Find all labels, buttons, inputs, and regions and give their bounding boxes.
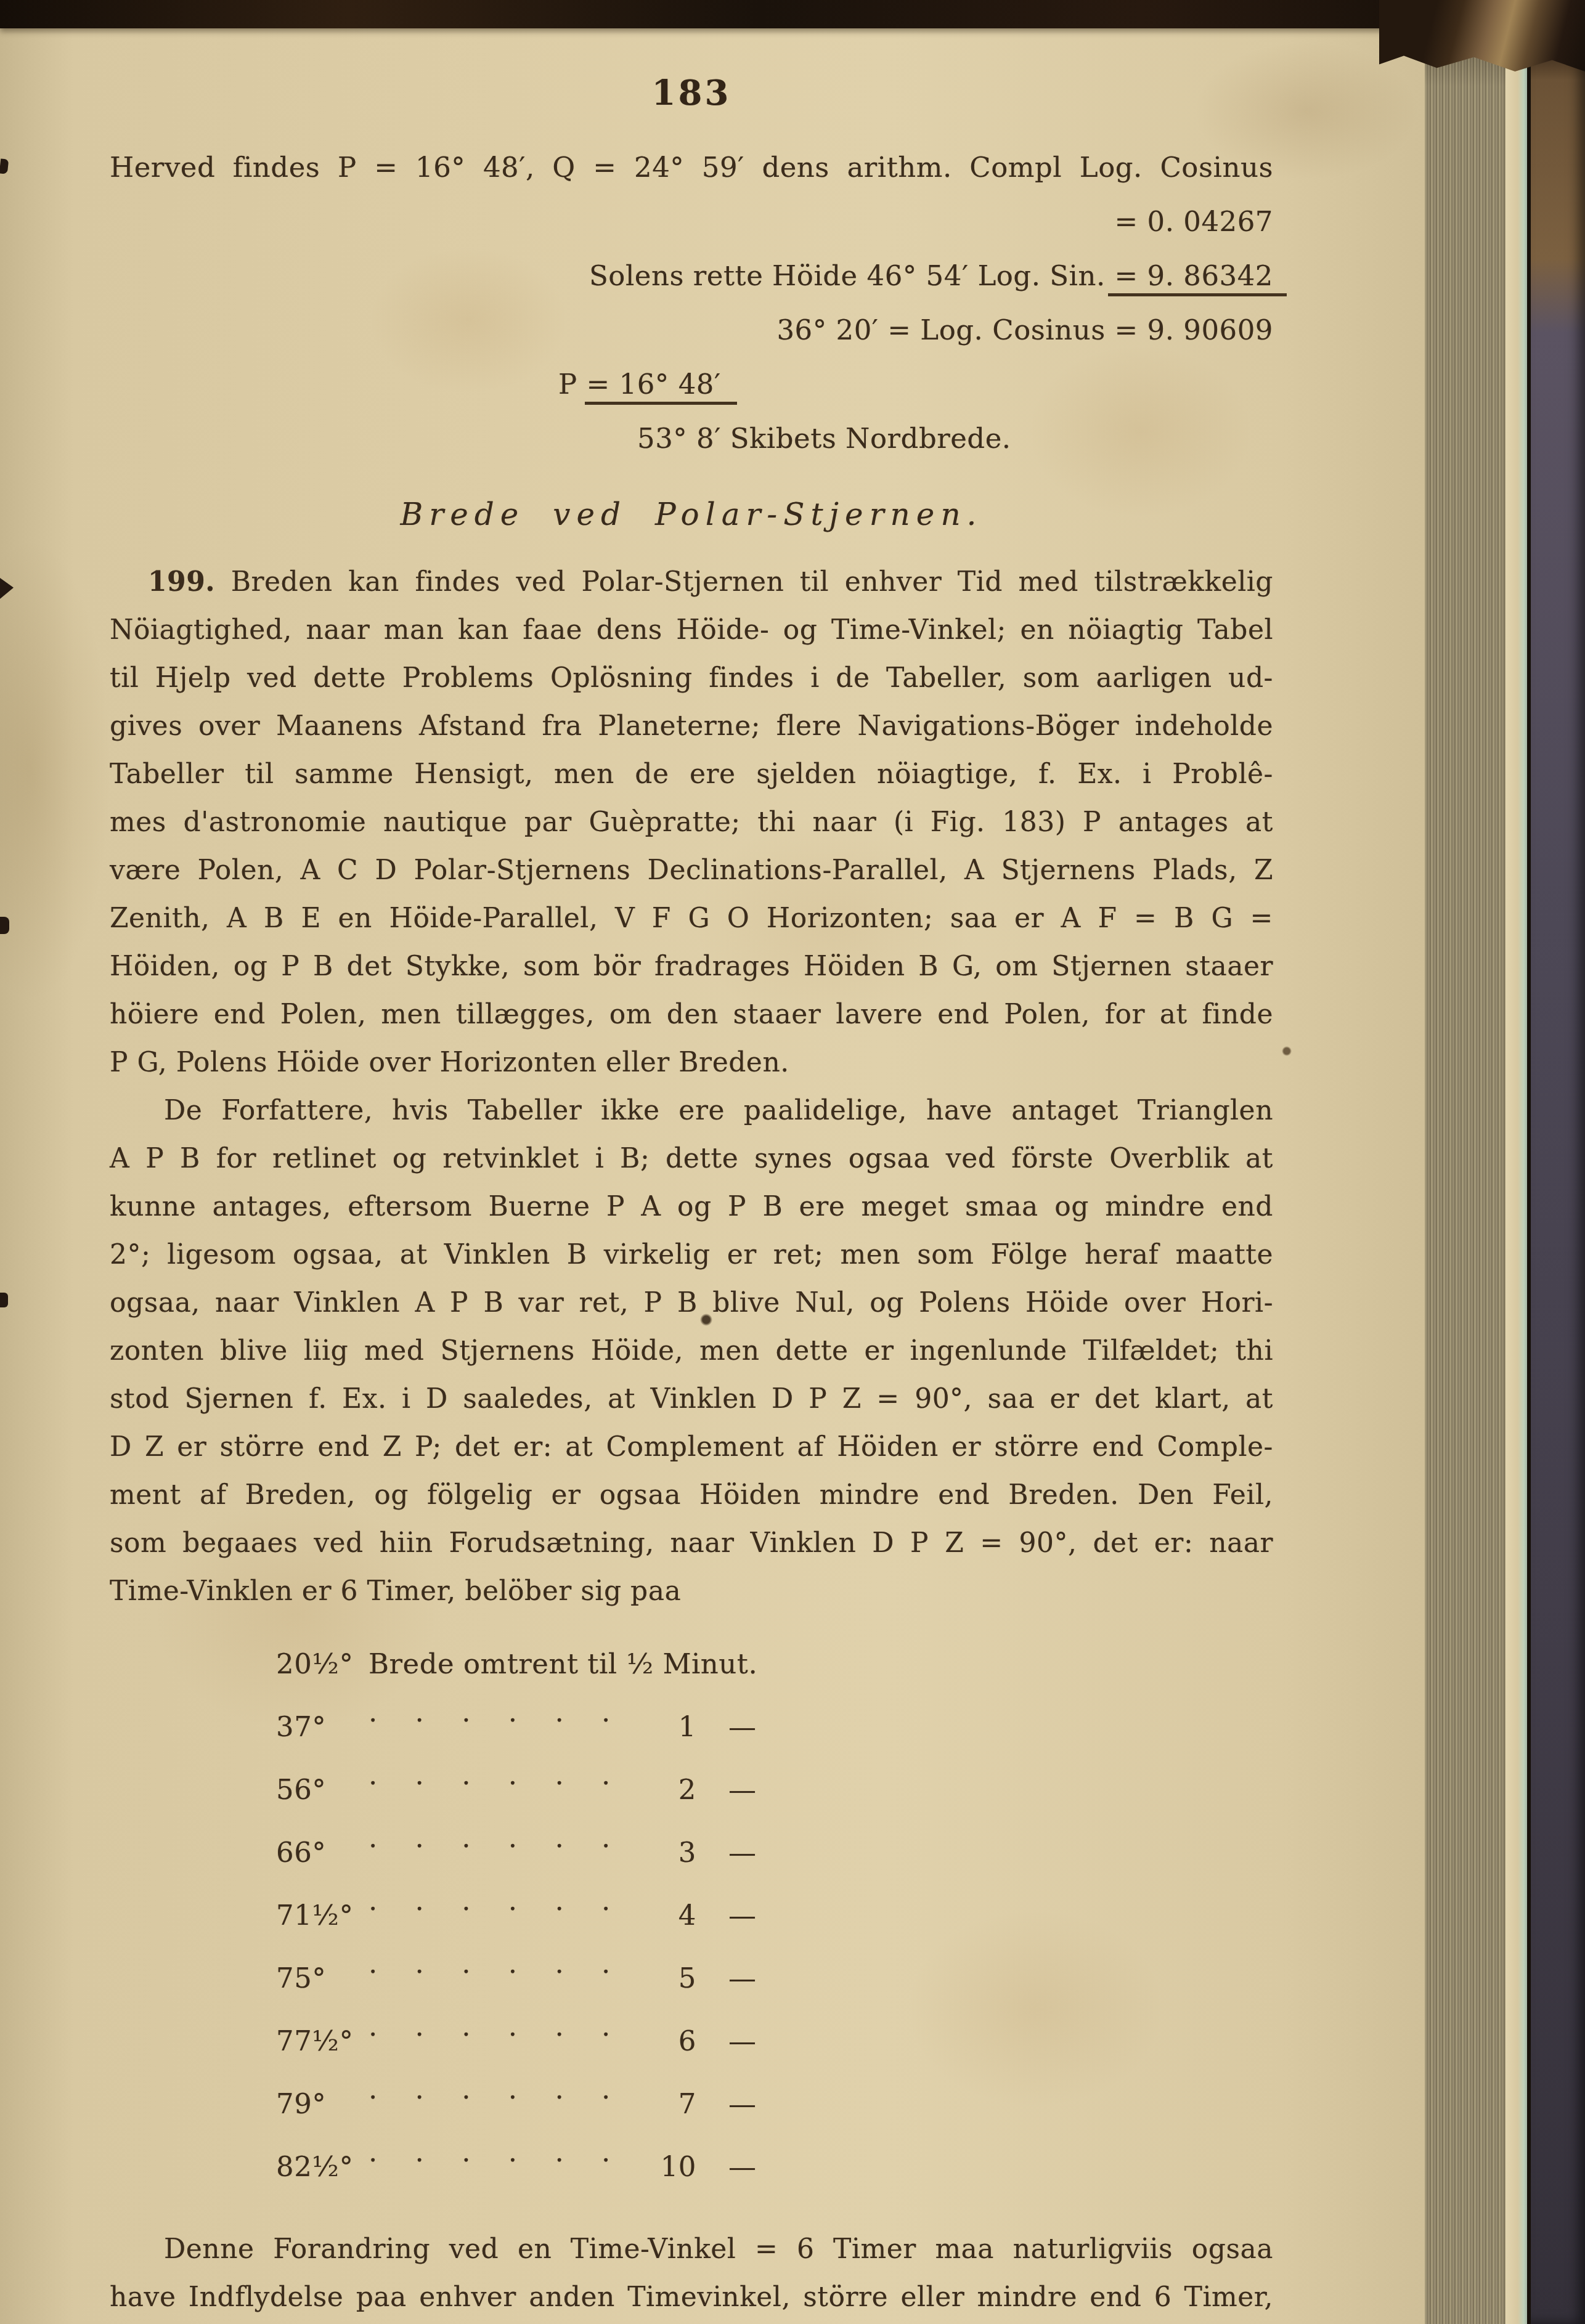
paragraph-line: ment af Breden, og fölgelig er ogsaa Höi… [110, 1471, 1273, 1519]
paragraph-line: 2°; ligesom ogsaa, at Vinklen B virkelig… [110, 1231, 1273, 1279]
left-edge-mark [0, 917, 9, 934]
formula-line: Herved findes P = 16° 48′, Q = 24° 59′ d… [110, 140, 1273, 195]
table-row: 79°. . . . . .7— [276, 2065, 1273, 2128]
ditto-dash: — [728, 1766, 757, 1814]
degree-cell: 66° [276, 1829, 369, 1877]
degree-cell: 37° [276, 1703, 369, 1751]
table-row: 71½°. . . . . .4— [276, 1877, 1273, 1940]
paragraph-line: mes d'astronomie nautique par Guèpratte;… [110, 798, 1273, 847]
ditto-dash: — [728, 2080, 757, 2128]
minutes-cell: 5 [640, 1954, 696, 2002]
minutes-cell: 10 [640, 2143, 696, 2191]
book-cover-right [1527, 0, 1585, 2324]
page-number: 183 [110, 73, 1273, 113]
paragraph-line: Denne Forandring ved en Time-Vinkel = 6 … [110, 2225, 1273, 2273]
paragraph-line: De Forfattere, hvis Tabeller ikke ere pa… [110, 1087, 1273, 1135]
paragraph-line: kunne antages, eftersom Buerne P A og P … [110, 1183, 1273, 1231]
formula-result-line: 53° 8′ Skibets Nordbrede. [637, 412, 1273, 466]
dots-leader: . . . . . . [369, 1751, 640, 1799]
ditto-dash: — [728, 2017, 757, 2065]
degree-cell: 77½° [276, 2017, 369, 2065]
paragraph-2: De Forfattere, hvis Tabeller ikke ere pa… [110, 1087, 1273, 1615]
page-edge-band [1506, 0, 1527, 2324]
paragraph-line: 199. Breden kan findes ved Polar-Stjerne… [110, 558, 1273, 606]
paragraph-line: Zenith, A B E en Höide-Parallel, V F G O… [110, 895, 1273, 943]
minutes-cell: 6 [640, 2017, 696, 2065]
table-row: 75°. . . . . .5— [276, 1940, 1273, 2002]
ditto-dash: — [728, 2143, 757, 2191]
paragraph-line: gives over Maanens Afstand fra Planetern… [110, 702, 1273, 750]
formula-line: Solens rette Höide 46° 54′ Log. Sin. = 9… [110, 249, 1273, 303]
table-row: 66°. . . . . .3— [276, 1814, 1273, 1877]
degree-cell: 20½° [276, 1640, 369, 1688]
paragraph-line: P G, Polens Höide over Horizonten eller … [110, 1039, 1273, 1087]
paragraph-line: som begaaes ved hiin Forudsætning, naar … [110, 1519, 1273, 1567]
minutes-cell: 4 [640, 1891, 696, 1940]
paragraph-number: 199. [148, 566, 215, 598]
paragraph-line: höiere end Polen, men tillægges, om den … [110, 991, 1273, 1039]
paragraph-line: være Polen, A C D Polar-Stjernens Declin… [110, 847, 1273, 895]
left-edge-mark [0, 1293, 8, 1307]
scanned-book-page: 183 Herved findes P = 16° 48′, Q = 24° 5… [0, 0, 1585, 2324]
ditto-dash: — [728, 1703, 757, 1751]
dots-leader: . . . . . . [369, 1877, 640, 1925]
paragraph-line: D Z er större end Z P; det er: at Comple… [110, 1423, 1273, 1471]
p-value-underlined: 16° 48′ [585, 368, 737, 405]
minutes-cell: 2 [640, 1766, 696, 1814]
section-heading: Brede ved Polar-Stjernen. [110, 497, 1273, 532]
paragraph-line: zonten blive liig med Stjernens Höide, m… [110, 1327, 1273, 1375]
paragraph-text: Breden kan findes ved Polar-Stjernen til… [231, 566, 1273, 598]
book-fore-edge-pages [1425, 0, 1506, 2324]
closing-paragraph: Denne Forandring ved en Time-Vinkel = 6 … [110, 2225, 1273, 2322]
degree-cell: 82½° [276, 2143, 369, 2191]
paragraph-line: Tabeller til samme Hensigt, men de ere s… [110, 750, 1273, 798]
table-row: 37°. . . . . .1— [276, 1688, 1273, 1751]
paragraph-line: A P B for retlinet og retvinklet i B; de… [110, 1135, 1273, 1183]
dots-leader: . . . . . . [369, 2065, 640, 2113]
degree-cell: 71½° [276, 1891, 369, 1940]
dots-leader: . . . . . . [369, 1940, 640, 1988]
header-text: Brede omtrent til ½ Minut. [369, 1648, 757, 1680]
calculation-block: Herved findes P = 16° 48′, Q = 24° 59′ d… [110, 140, 1273, 466]
table-header-row: 20½°Brede omtrent til ½ Minut. [276, 1640, 1273, 1688]
table-row: 82½°. . . . . .10— [276, 2128, 1273, 2191]
degree-cell: 79° [276, 2080, 369, 2128]
dots-leader: . . . . . . [369, 1814, 640, 1862]
book-cover-top-edge [0, 0, 1585, 28]
log-sin-value-underlined: 9. 86342 [1108, 259, 1287, 296]
formula-line: 36° 20′ = Log. Cosinus = 9. 90609 [110, 303, 1273, 357]
dots-leader: . . . . . . [369, 1688, 640, 1736]
table-row: 77½°. . . . . .6— [276, 2002, 1273, 2065]
formula-line: P = 16° 48′ [558, 357, 1273, 412]
paragraph-line: Höiden, og P B det Stykke, som bör fradr… [110, 943, 1273, 991]
latitude-error-table: 20½°Brede omtrent til ½ Minut. 37°. . . … [276, 1640, 1273, 2191]
paragraph-line: stod Sjernen f. Ex. i D saaledes, at Vin… [110, 1375, 1273, 1423]
minutes-cell: 7 [640, 2080, 696, 2128]
page-content: 183 Herved findes P = 16° 48′, Q = 24° 5… [110, 0, 1273, 2322]
paragraph-line: Nöiagtighed, naar man kan faae dens Höid… [110, 606, 1273, 654]
ditto-dash: — [728, 1891, 757, 1940]
paragraph-line: til Hjelp ved dette Problems Oplösning f… [110, 654, 1273, 702]
minutes-cell: 1 [640, 1703, 696, 1751]
paragraph-199: 199. Breden kan findes ved Polar-Stjerne… [110, 558, 1273, 1087]
formula-line: = 0. 04267 [110, 195, 1273, 249]
minutes-cell: 3 [640, 1829, 696, 1877]
formula-label: Solens rette Höide 46° 54′ Log. Sin. = [589, 259, 1147, 292]
ditto-dash: — [728, 1954, 757, 2002]
dots-leader: . . . . . . [369, 2128, 640, 2176]
paragraph-line: Time-Vinklen er 6 Timer, belöber sig paa [110, 1567, 1273, 1615]
paragraph-line: ogsaa, naar Vinklen A P B var ret, P B b… [110, 1279, 1273, 1327]
degree-cell: 75° [276, 1954, 369, 2002]
paragraph-line: have Indflydelse paa enhver anden Timevi… [110, 2273, 1273, 2322]
degree-cell: 56° [276, 1766, 369, 1814]
table-row: 56°. . . . . .2— [276, 1751, 1273, 1814]
ditto-dash: — [728, 1829, 757, 1877]
dots-leader: . . . . . . [369, 2002, 640, 2050]
